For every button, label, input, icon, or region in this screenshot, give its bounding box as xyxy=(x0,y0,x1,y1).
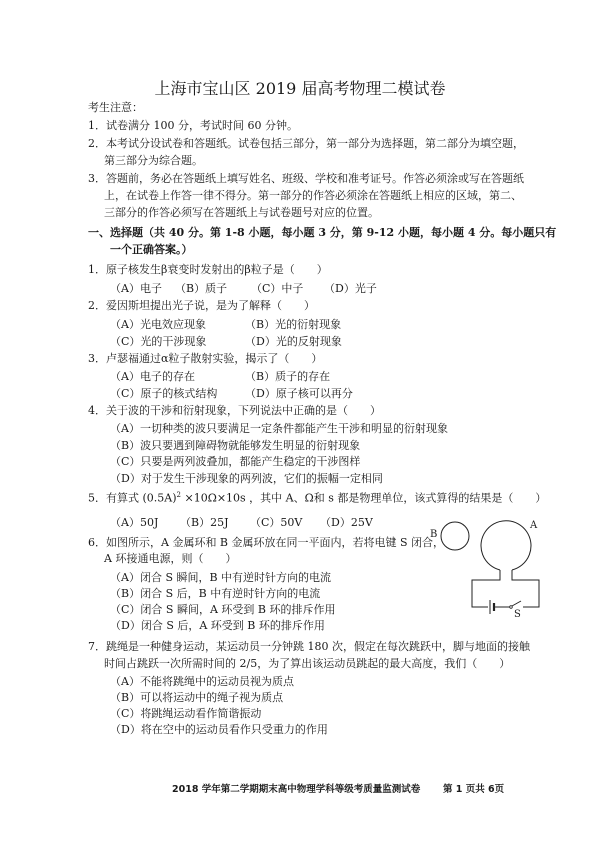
figure-label-b: B xyxy=(430,529,437,540)
question-5-stem-suffix: ×10Ω×10s ，其中 A、Ω和 s 都是物理单位，该式算得的结果是（ ） xyxy=(181,492,546,505)
question-3-stem: 3．卢瑟福通过α粒子散射实验，揭示了（ ） xyxy=(88,352,322,366)
question-4-option-d: （D）对于发生干涉现象的两列波，它们的振幅一定相同 xyxy=(110,470,383,486)
question-5-option-a: （A）50J xyxy=(110,514,158,530)
question-4-option-a: （A）一切种类的波只要满足一定条件都能产生干涉和明显的衍射现象 xyxy=(110,420,448,436)
page-title: 上海市宝山区 2019 届高考物理二模试卷 xyxy=(0,76,600,99)
question-1-stem: 1．原子核发生β衰变时发射出的β粒子是（ ） xyxy=(88,263,328,277)
footer-exam-name: 2018 学年第二学期期末高中物理学科等级考质量监测试卷 xyxy=(172,781,420,795)
notice-heading: 考生注意： xyxy=(88,101,143,115)
question-3-option-b: （B）质子的存在 xyxy=(245,368,330,384)
notice-item-3-cont1: 上，在试卷上作答一律不得分。第一部分的作答必须涂在答题纸上相应的区域，第二、 xyxy=(104,189,522,203)
question-2-option-d: （D）光的反射现象 xyxy=(245,333,342,349)
question-5-option-b: （B）25J xyxy=(180,514,229,530)
question-1-option-b: （B）质子 xyxy=(175,280,227,296)
question-4-option-b: （B）波只要遇到障碍物就能够发生明显的衍射现象 xyxy=(110,437,360,453)
question-7-option-d: （D）将在空中的运动员看作只受重力的作用 xyxy=(110,721,328,737)
question-2-option-c: （C）光的干涉现象 xyxy=(110,333,206,349)
notice-item-1: 1．试卷满分 100 分，考试时间 60 分钟。 xyxy=(88,119,298,133)
question-7-option-c: （C）将跳绳运动看作简谐振动 xyxy=(110,705,261,721)
notice-item-2: 2．本考试分设试卷和答题纸。试卷包括三部分，第一部分为选择题，第二部分为填空题， xyxy=(88,137,524,151)
notice-item-3: 3．答题前，务必在答题纸上填写姓名、班级、学校和准考证号。作答必须涂或写在答题纸 xyxy=(88,172,524,186)
question-4-option-c: （C）只要是两列波叠加，都能产生稳定的干涉图样 xyxy=(110,453,360,469)
question-6-option-d: （D）闭合 S 后，A 环受到 B 环的排斥作用 xyxy=(110,617,325,633)
question-3-option-c: （C）原子的核式结构 xyxy=(110,385,217,401)
question-6-stem: 6．如图所示，A 金属环和 B 金属环放在同一平面内，若将电键 S 闭合， xyxy=(88,536,444,550)
question-5-option-c: （C）50V xyxy=(250,514,302,530)
question-3-option-d: （D）原子核可以再分 xyxy=(245,385,353,401)
question-2-option-b: （B）光的衍射现象 xyxy=(245,316,341,332)
question-2-option-a: （A）光电效应现象 xyxy=(110,316,206,332)
question-7-option-b: （B）可以将运动中的绳子视为质点 xyxy=(110,689,283,705)
section-heading: 一、选择题（共 40 分。第 1-8 小题，每小题 3 分，第 9-12 小题，… xyxy=(88,226,556,240)
circuit-figure xyxy=(420,510,560,630)
question-2-stem: 2．爱因斯坦提出光子说，是为了解释（ ） xyxy=(88,299,315,313)
notice-item-3-cont2: 三部分的作答必须写在答题纸上与试卷题号对应的位置。 xyxy=(104,206,379,220)
question-6-option-a: （A）闭合 S 瞬间，B 中有逆时针方向的电流 xyxy=(110,569,331,585)
question-6-option-c: （C）闭合 S 瞬间，A 环受到 B 环的排斥作用 xyxy=(110,601,335,617)
question-6-option-b: （B）闭合 S 后，B 中有逆时针方向的电流 xyxy=(110,585,320,601)
question-1-option-a: （A）电子 xyxy=(110,280,162,296)
question-5-stem-prefix: 5．有算式 (0.5A) xyxy=(88,492,177,505)
question-5-option-d: （D）25V xyxy=(320,514,373,530)
question-3-option-a: （A）电子的存在 xyxy=(110,368,195,384)
question-6-stem-cont: A 环接通电源，则（ ） xyxy=(104,552,236,566)
question-7-stem-cont: 时间占跳跃一次所需时间的 2/5，为了算出该运动员跳起的最大高度，我们（ ） xyxy=(104,657,510,671)
question-7-stem: 7．跳绳是一种健身运动，某运动员一分钟跳 180 次，假定在每次跳跃中，脚与地面… xyxy=(88,640,530,654)
figure-label-s: S xyxy=(514,609,521,620)
footer-page-info: 第 1 页共 6页 xyxy=(443,781,504,795)
question-1-option-c: （C）中子 xyxy=(251,280,303,296)
section-heading-cont: 一个正确答案。） xyxy=(110,243,193,257)
figure-label-a: A xyxy=(530,520,537,531)
notice-item-2-cont: 第三部分为综合题。 xyxy=(104,154,203,168)
question-4-stem: 4．关于波的干涉和衍射现象，下列说法中正确的是（ ） xyxy=(88,404,381,418)
question-1-option-d: （D）光子 xyxy=(324,280,377,296)
question-5-stem: 5．有算式 (0.5A)2 ×10Ω×10s ，其中 A、Ω和 s 都是物理单位… xyxy=(88,488,546,506)
question-7-option-a: （A）不能将跳绳中的运动员视为质点 xyxy=(110,673,294,689)
